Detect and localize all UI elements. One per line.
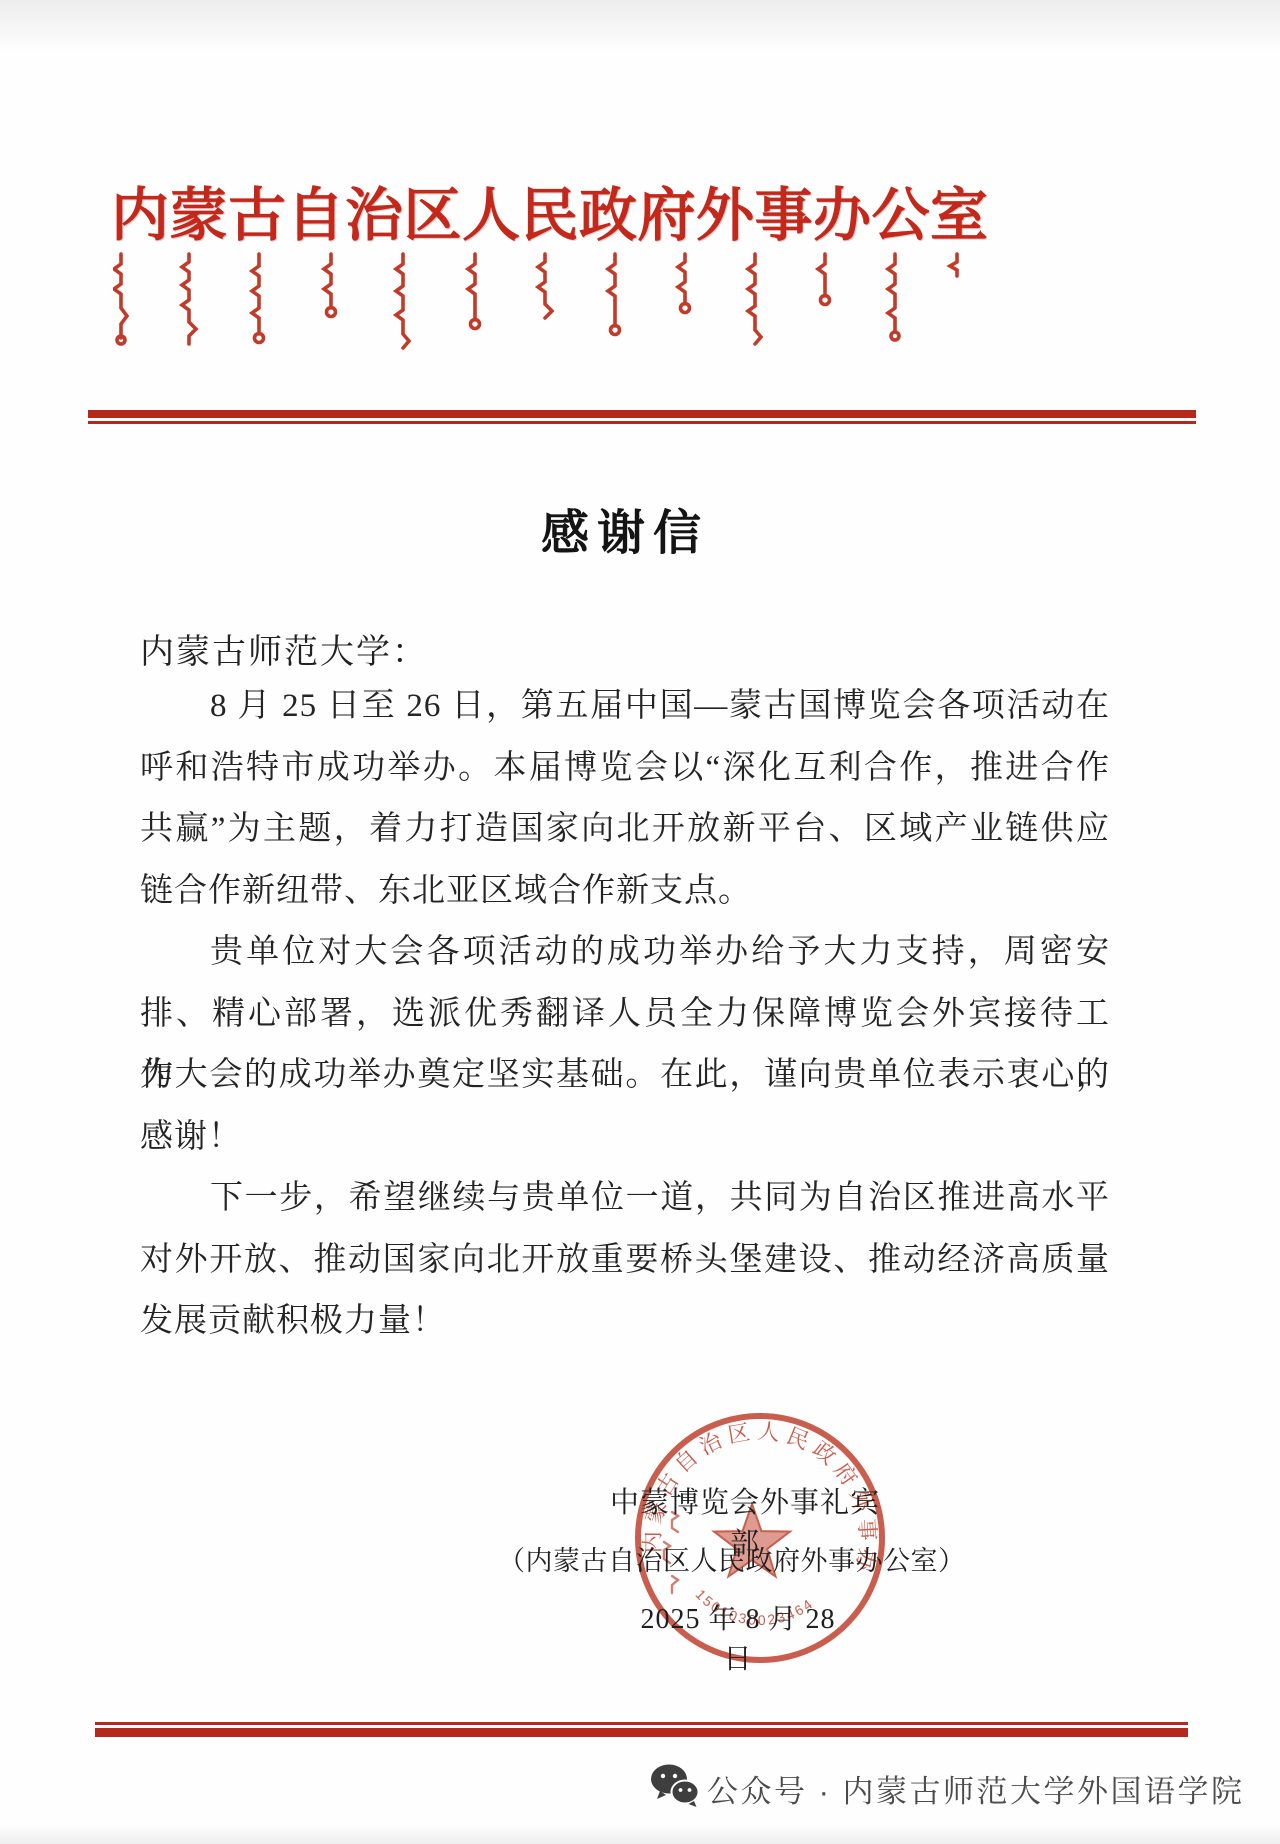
paper-top-shade bbox=[0, 0, 1280, 52]
paper-bottom-shade bbox=[0, 1824, 1280, 1844]
footer-divider-thick-line bbox=[95, 1728, 1188, 1737]
letterhead-org-name: 内蒙古自治区人民政府外事办公室 bbox=[111, 168, 989, 252]
signature-date: 2025 年 8 月 28 日 bbox=[628, 1597, 848, 1677]
letter-body: 8 月 25 日至 26 日，第五届中国—蒙古国博览会各项活动在 呼和浩特市成功… bbox=[140, 676, 1110, 1353]
body-line: 为大会的成功举办奠定坚实基础。在此，谨向贵单位表示衷心的 bbox=[140, 1045, 1110, 1107]
body-line: 共赢”为主题，着力打造国家向北开放新平台、区域产业链供应 bbox=[140, 799, 1110, 861]
body-line: 感谢！ bbox=[140, 1107, 1110, 1169]
header-divider-thick-line bbox=[88, 410, 1196, 418]
body-line: 发展贡献积极力量！ bbox=[140, 1291, 1110, 1353]
body-line: 8 月 25 日至 26 日，第五届中国—蒙古国博览会各项活动在 bbox=[140, 676, 1110, 738]
wechat-icon bbox=[650, 1764, 700, 1808]
body-line: 呼和浩特市成功举办。本届博览会以“深化互利合作，推进合作 bbox=[140, 738, 1110, 800]
letter-title: 感谢信 bbox=[140, 494, 1110, 563]
signature-office: （内蒙古自治区人民政府外事办公室） bbox=[498, 1539, 956, 1578]
body-line: 下一步，希望继续与贵单位一道，共同为自治区推进高水平 bbox=[140, 1168, 1110, 1230]
body-line: 贵单位对大会各项活动的成功举办给予大力支持，周密安 bbox=[140, 922, 1110, 984]
footer-divider bbox=[95, 1722, 1188, 1737]
header-divider bbox=[88, 410, 1196, 424]
salutation: 内蒙古师范大学： bbox=[140, 624, 428, 673]
body-line: 排、精心部署，选派优秀翻译人员全力保障博览会外宾接待工作， bbox=[140, 984, 1110, 1046]
body-line: 链合作新纽带、东北亚区域合作新支点。 bbox=[140, 861, 1110, 923]
footer-account-label: 公众号 · 内蒙古师范大学外国语学院 bbox=[707, 1766, 1245, 1811]
mongolian-script-graphic bbox=[113, 250, 969, 350]
header-divider-thin-line bbox=[88, 421, 1196, 424]
body-line: 对外开放、推动国家向北开放重要桥头堡建设、推动经济高质量 bbox=[140, 1230, 1110, 1292]
letter-page: 内蒙古自治区人民政府外事办公室 感谢信 内蒙古师范大学： 8 月 25 日至 2… bbox=[0, 0, 1280, 1844]
